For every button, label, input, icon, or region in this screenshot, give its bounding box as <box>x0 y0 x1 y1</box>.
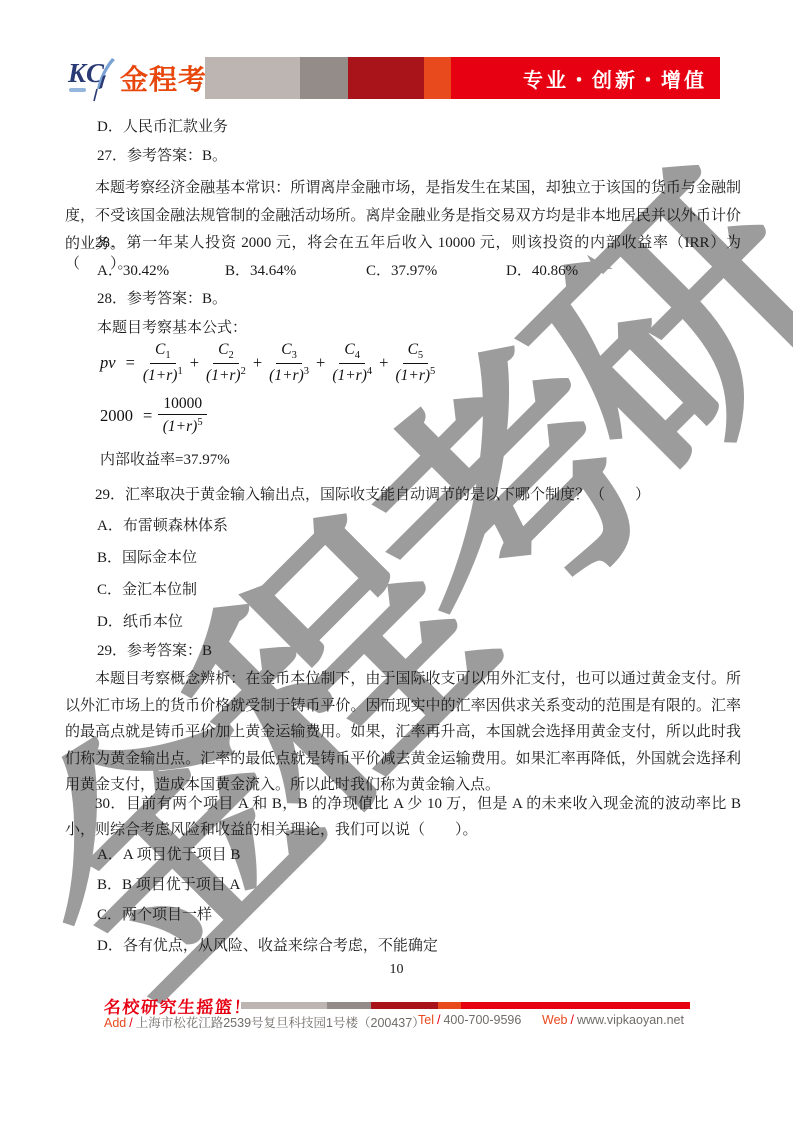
answer-line-28: 28．参考答案：B。 <box>97 289 227 310</box>
address-value: 上海市松花江路2539号复旦科技园1号楼（200437） <box>136 1016 425 1030</box>
header-banner: 专业・创新・增值 <box>205 57 720 99</box>
footer-address: Add/上海市松花江路2539号复旦科技园1号楼（200437） <box>104 1013 425 1031</box>
footer-bar-segment-red <box>461 1002 690 1009</box>
banner-segment-light-gray <box>205 57 300 99</box>
page-number: 10 <box>0 962 793 978</box>
option-29b: B．国际金本位 <box>97 548 197 569</box>
banner-segment-dark-red <box>348 57 424 99</box>
quill-icon <box>90 56 116 104</box>
tel-value: 400-700-9596 <box>443 1013 521 1027</box>
header: KC 金程考研 专业・创新・增值 <box>0 0 793 110</box>
option-29c: C．金汇本位制 <box>97 580 197 601</box>
answer-line-27: 27．参考答案：B。 <box>97 146 227 167</box>
footer-contacts: Add/上海市松花江路2539号复旦科技园1号楼（200437） Tel/400… <box>0 1013 793 1031</box>
document-page: 金程考研 KC 金程考研 专业・创新・增值 D．人民 <box>0 0 793 1122</box>
web-value: www.vipkaoyan.net <box>577 1013 684 1027</box>
footer-web: Web/www.vipkaoyan.net <box>542 1013 684 1027</box>
footer-tel: Tel/400-700-9596 <box>418 1013 521 1027</box>
footer-bar-segment-mid-gray <box>327 1002 371 1009</box>
footer-bar-segment-light-gray <box>241 1002 327 1009</box>
option-29d: D．纸币本位 <box>97 612 183 633</box>
option-28b: B．34.64% <box>225 261 366 282</box>
tel-slash: / <box>437 1013 440 1027</box>
irr-result: 内部收益率=37.97% <box>100 450 230 471</box>
footer: 名校研究生摇篮！ Add/上海市松花江路2539号复旦科技园1号楼（200437… <box>0 988 793 1048</box>
tel-label: Tel <box>418 1013 434 1027</box>
option-29a: A．布雷顿森林体系 <box>97 516 228 537</box>
question-30: 30．目前有两个项目 A 和 B，B 的净现值比 A 少 10 万，但是 A 的… <box>65 791 741 843</box>
footer-bar <box>241 1002 690 1009</box>
banner-segment-mid-gray <box>300 57 348 99</box>
option-30d: D．各有优点，从风险、收益来综合考虑，不能确定 <box>97 936 438 957</box>
option-30c: C．两个项目一样 <box>97 905 212 926</box>
web-label: Web <box>542 1013 567 1027</box>
question-29: 29．汇率取决于黄金输入输出点，国际收支能自动调节的是以下哪个制度？（ ） <box>65 485 741 506</box>
answer-line-29: 29．参考答案：B <box>97 641 212 662</box>
analysis-paragraph-29: 本题目考察概念辨析：在金币本位制下，由于国际收支可以用外汇支付，也可以通过黄金支… <box>65 666 741 799</box>
option-28a: A．30.42% <box>97 261 225 282</box>
logo-fine-print <box>69 88 86 92</box>
option-28d: D．40.86% <box>506 261 578 282</box>
irr-equation: 2000=10000(1+r)5 <box>100 396 207 436</box>
options-row-28: A．30.42% B．34.64% C．37.97% D．40.86% <box>97 261 578 282</box>
logo-monogram: KC <box>68 56 120 104</box>
address-slash: / <box>129 1016 132 1030</box>
footer-bar-segment-orange <box>438 1002 461 1009</box>
option-30a: A．A 项目优于项目 B <box>97 845 240 866</box>
web-slash: / <box>570 1013 573 1027</box>
option-line-27d: D．人民币汇款业务 <box>97 117 228 138</box>
option-28c: C．37.97% <box>366 261 506 282</box>
header-slogan: 专业・创新・增值 <box>523 64 720 93</box>
formula-intro: 本题目考察基本公式： <box>97 318 247 339</box>
footer-bar-segment-dark-red <box>371 1002 438 1009</box>
option-30b: B．B 项目优于项目 A <box>97 875 240 896</box>
address-label: Add <box>104 1016 126 1030</box>
banner-segment-red: 专业・创新・增值 <box>451 57 720 99</box>
pv-formula: pv=C1(1+r)1+C2(1+r)2+C3(1+r)3+C4(1+r)4+C… <box>100 342 437 385</box>
banner-segment-orange <box>424 57 451 99</box>
